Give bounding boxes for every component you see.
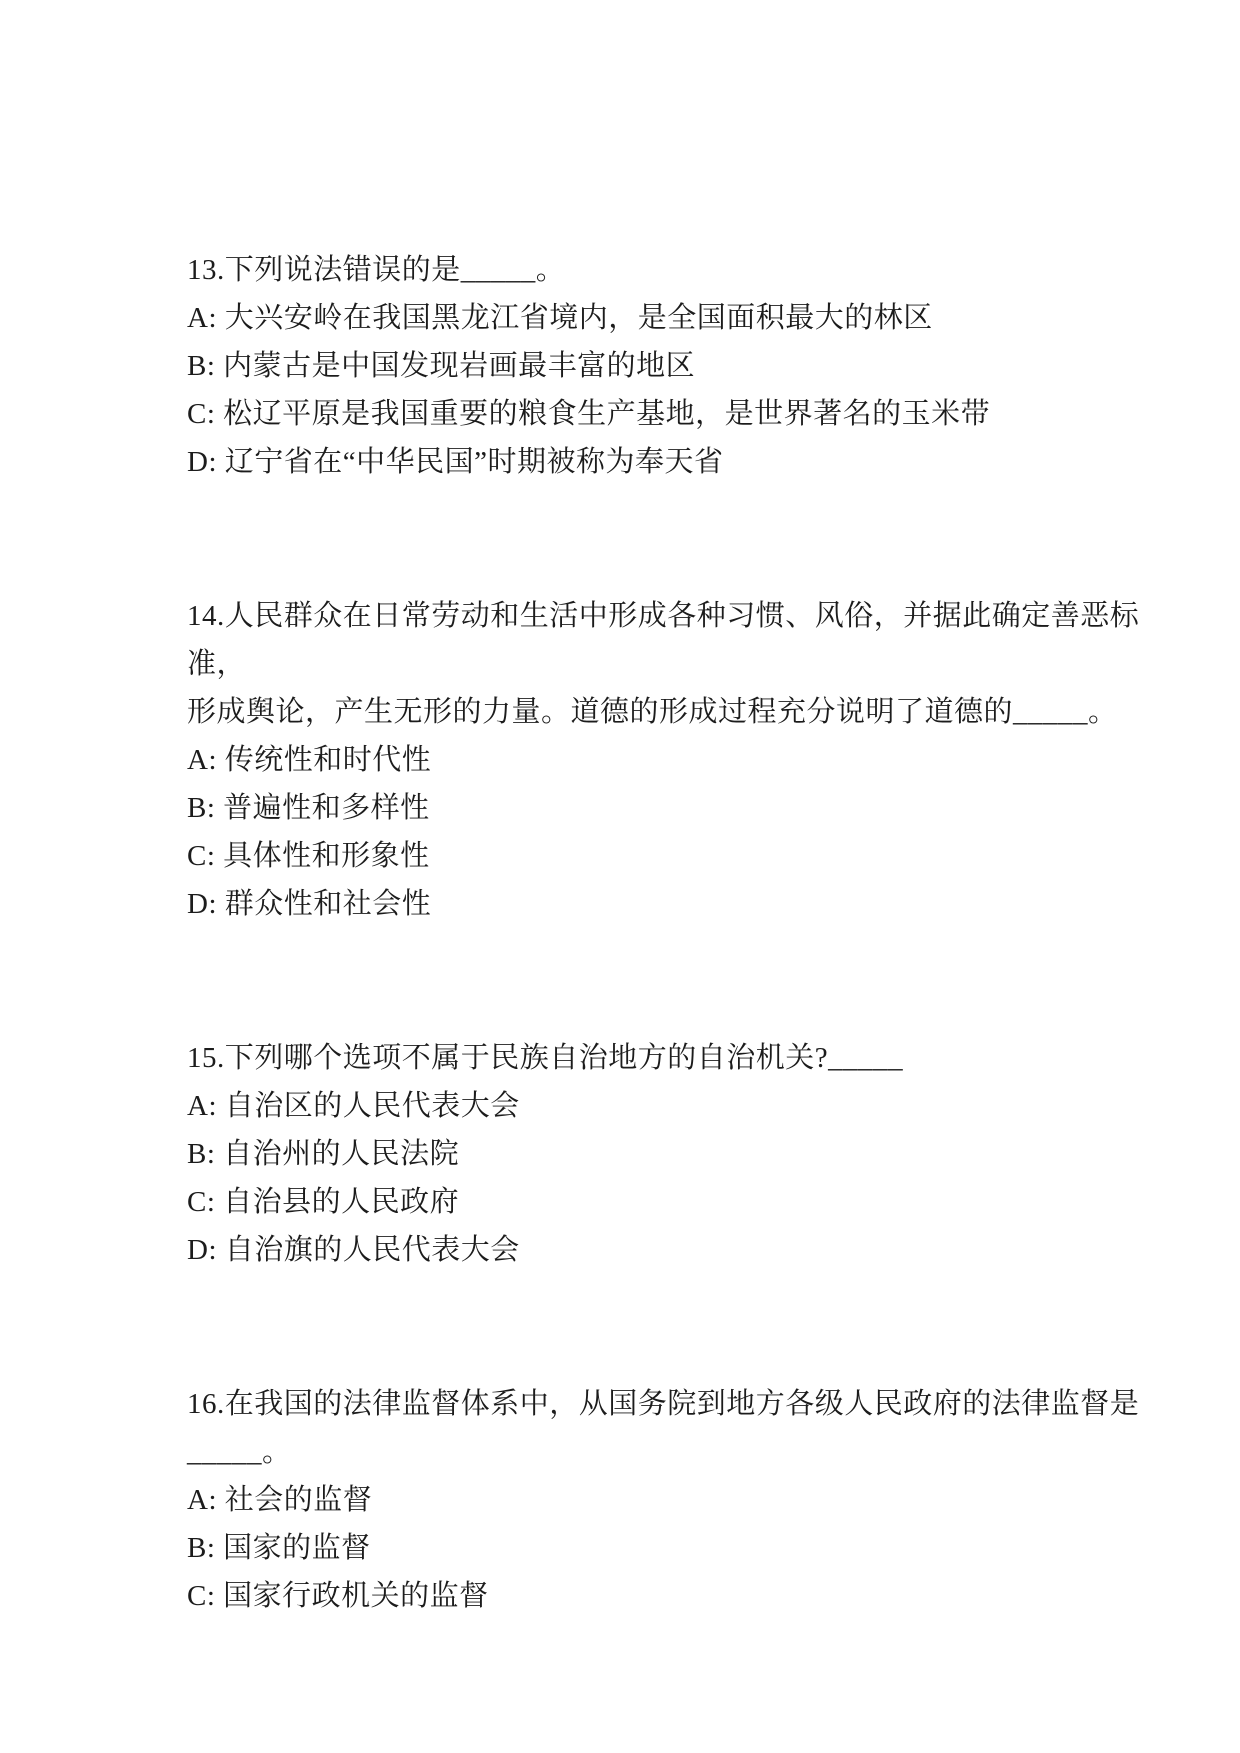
question-15: 15.下列哪个选项不属于民族自治地方的自治机关?_____ A: 自治区的人民代… [187, 1034, 1170, 1274]
question-15-option-d: D: 自治旗的人民代表大会 [187, 1226, 1170, 1274]
question-15-title: 15.下列哪个选项不属于民族自治地方的自治机关?_____ [187, 1034, 1170, 1082]
question-16-option-c: C: 国家行政机关的监督 [187, 1572, 1170, 1620]
question-14-title-line-1: 14.人民群众在日常劳动和生活中形成各种习惯、风俗，并据此确定善恶标准， [187, 592, 1170, 688]
question-15-option-b: B: 自治州的人民法院 [187, 1130, 1170, 1178]
question-14-option-c: C: 具体性和形象性 [187, 832, 1170, 880]
question-14: 14.人民群众在日常劳动和生活中形成各种习惯、风俗，并据此确定善恶标准， 形成舆… [187, 592, 1170, 928]
question-14-option-d: D: 群众性和社会性 [187, 880, 1170, 928]
question-16-option-b: B: 国家的监督 [187, 1524, 1170, 1572]
question-13-title: 13.下列说法错误的是_____。 [187, 246, 1170, 294]
question-13-option-b: B: 内蒙古是中国发现岩画最丰富的地区 [187, 342, 1170, 390]
question-15-option-a: A: 自治区的人民代表大会 [187, 1082, 1170, 1130]
question-15-option-c: C: 自治县的人民政府 [187, 1178, 1170, 1226]
question-14-title-line-2: 形成舆论，产生无形的力量。道德的形成过程充分说明了道德的_____。 [187, 688, 1170, 736]
question-14-option-b: B: 普遍性和多样性 [187, 784, 1170, 832]
question-13-option-c: C: 松辽平原是我国重要的粮食生产基地，是世界著名的玉米带 [187, 390, 1170, 438]
question-16-option-a: A: 社会的监督 [187, 1476, 1170, 1524]
question-13-option-a: A: 大兴安岭在我国黑龙江省境内，是全国面积最大的林区 [187, 294, 1170, 342]
question-16: 16.在我国的法律监督体系中，从国务院到地方各级人民政府的法律监督是 _____… [187, 1380, 1170, 1620]
exam-document-page: 13.下列说法错误的是_____。 A: 大兴安岭在我国黑龙江省境内，是全国面积… [0, 0, 1240, 1753]
question-16-title-line-1: 16.在我国的法律监督体系中，从国务院到地方各级人民政府的法律监督是 [187, 1380, 1170, 1428]
question-16-title-line-2: _____。 [187, 1428, 1170, 1476]
question-14-option-a: A: 传统性和时代性 [187, 736, 1170, 784]
question-13: 13.下列说法错误的是_____。 A: 大兴安岭在我国黑龙江省境内，是全国面积… [187, 246, 1170, 486]
question-13-option-d: D: 辽宁省在“中华民国”时期被称为奉天省 [187, 438, 1170, 486]
